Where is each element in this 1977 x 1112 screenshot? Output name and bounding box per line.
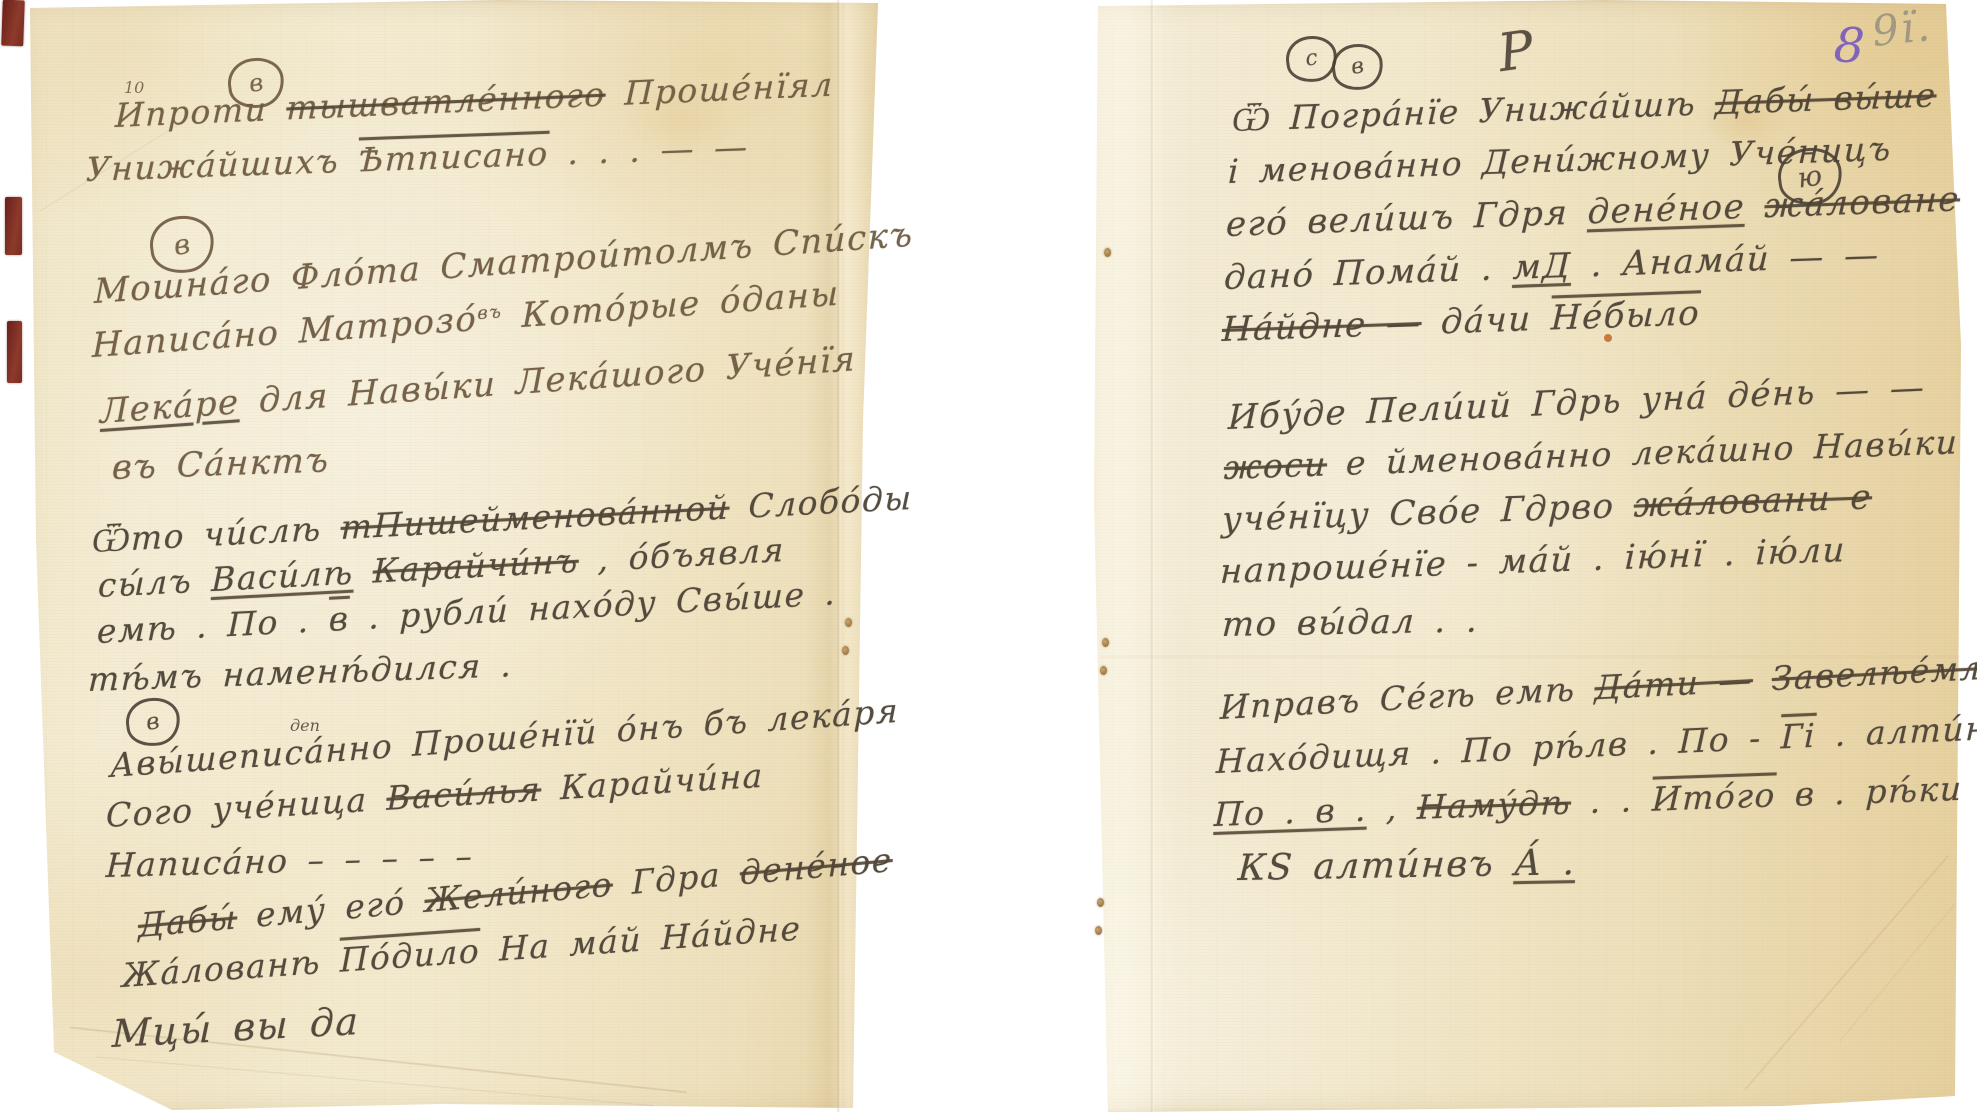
binding-edge-fragment bbox=[5, 197, 22, 255]
manuscript-text-line: КЅ алти́нвъ А́ . bbox=[1237, 842, 1577, 889]
superscript-note: деп bbox=[290, 716, 320, 735]
text-segment: дене́ное bbox=[1587, 187, 1746, 233]
text-segment bbox=[353, 552, 373, 592]
text-segment: Васи́лѣ bbox=[211, 553, 354, 600]
text-segment: жа́ловани е bbox=[1633, 477, 1873, 525]
sewing-hole bbox=[1104, 248, 1111, 257]
text-segment: в . рѣ́ки bbox=[1775, 769, 1963, 815]
text-segment: въ Са́нктъ bbox=[111, 440, 330, 488]
text-segment: въ bbox=[477, 302, 502, 324]
folio-number-stamp: 8 bbox=[1833, 17, 1867, 75]
text-segment: мД bbox=[1512, 246, 1572, 288]
text-segment: Не́было bbox=[1550, 293, 1701, 338]
manuscript-text-line: въ Са́нктъ bbox=[111, 440, 330, 488]
text-segment bbox=[1745, 186, 1766, 227]
text-segment: , bbox=[1367, 788, 1418, 829]
sewing-hole bbox=[1100, 666, 1107, 675]
text-segment: . . bbox=[1570, 780, 1652, 822]
sewing-hole bbox=[1097, 898, 1104, 907]
text-segment: Ѣтписано bbox=[358, 134, 550, 180]
text-segment: жоси bbox=[1223, 444, 1327, 487]
text-segment: По . в . bbox=[1213, 790, 1368, 834]
text-segment: в bbox=[328, 599, 349, 639]
manuscript-scan: Ипроти тышватле́нного Проше́нїялУнижа́йш… bbox=[0, 0, 1977, 1112]
binding-edge-fragment bbox=[1, 0, 25, 46]
binding-edge-fragment bbox=[7, 321, 22, 383]
text-segment: Наму́дѣ bbox=[1416, 782, 1571, 826]
text-segment: да́чи bbox=[1421, 298, 1552, 343]
text-segment: . алти́нъ bbox=[1816, 707, 1977, 755]
text-segment bbox=[1753, 659, 1773, 699]
text-segment: Ито́го bbox=[1651, 775, 1776, 818]
text-segment: На́йдне — bbox=[1221, 303, 1422, 350]
sewing-hole bbox=[1095, 926, 1102, 935]
text-segment: Дабы́ вы́ше bbox=[1715, 75, 1938, 122]
sewing-hole bbox=[842, 646, 849, 655]
manuscript-text-line: то вы́дал . . bbox=[1221, 600, 1480, 645]
paraph-flourish-mark: Р bbox=[1487, 23, 1546, 82]
text-segment: то вы́дал . . bbox=[1221, 600, 1480, 645]
text-segment: КЅ алти́нвъ bbox=[1237, 843, 1515, 889]
text-segment: Слобо́ды bbox=[729, 478, 913, 527]
text-segment: сы́лъ bbox=[98, 560, 212, 605]
folio-number-pencil: 9ї. bbox=[1870, 1, 1934, 56]
superscript-note: 10 bbox=[124, 78, 144, 97]
text-segment: Да́ти — bbox=[1594, 660, 1753, 707]
text-segment: . . . — — bbox=[548, 127, 749, 173]
text-segment: А́ . bbox=[1513, 842, 1577, 884]
text-segment: Гі bbox=[1780, 716, 1816, 757]
sewing-hole bbox=[845, 618, 852, 627]
sewing-hole bbox=[1102, 638, 1109, 647]
